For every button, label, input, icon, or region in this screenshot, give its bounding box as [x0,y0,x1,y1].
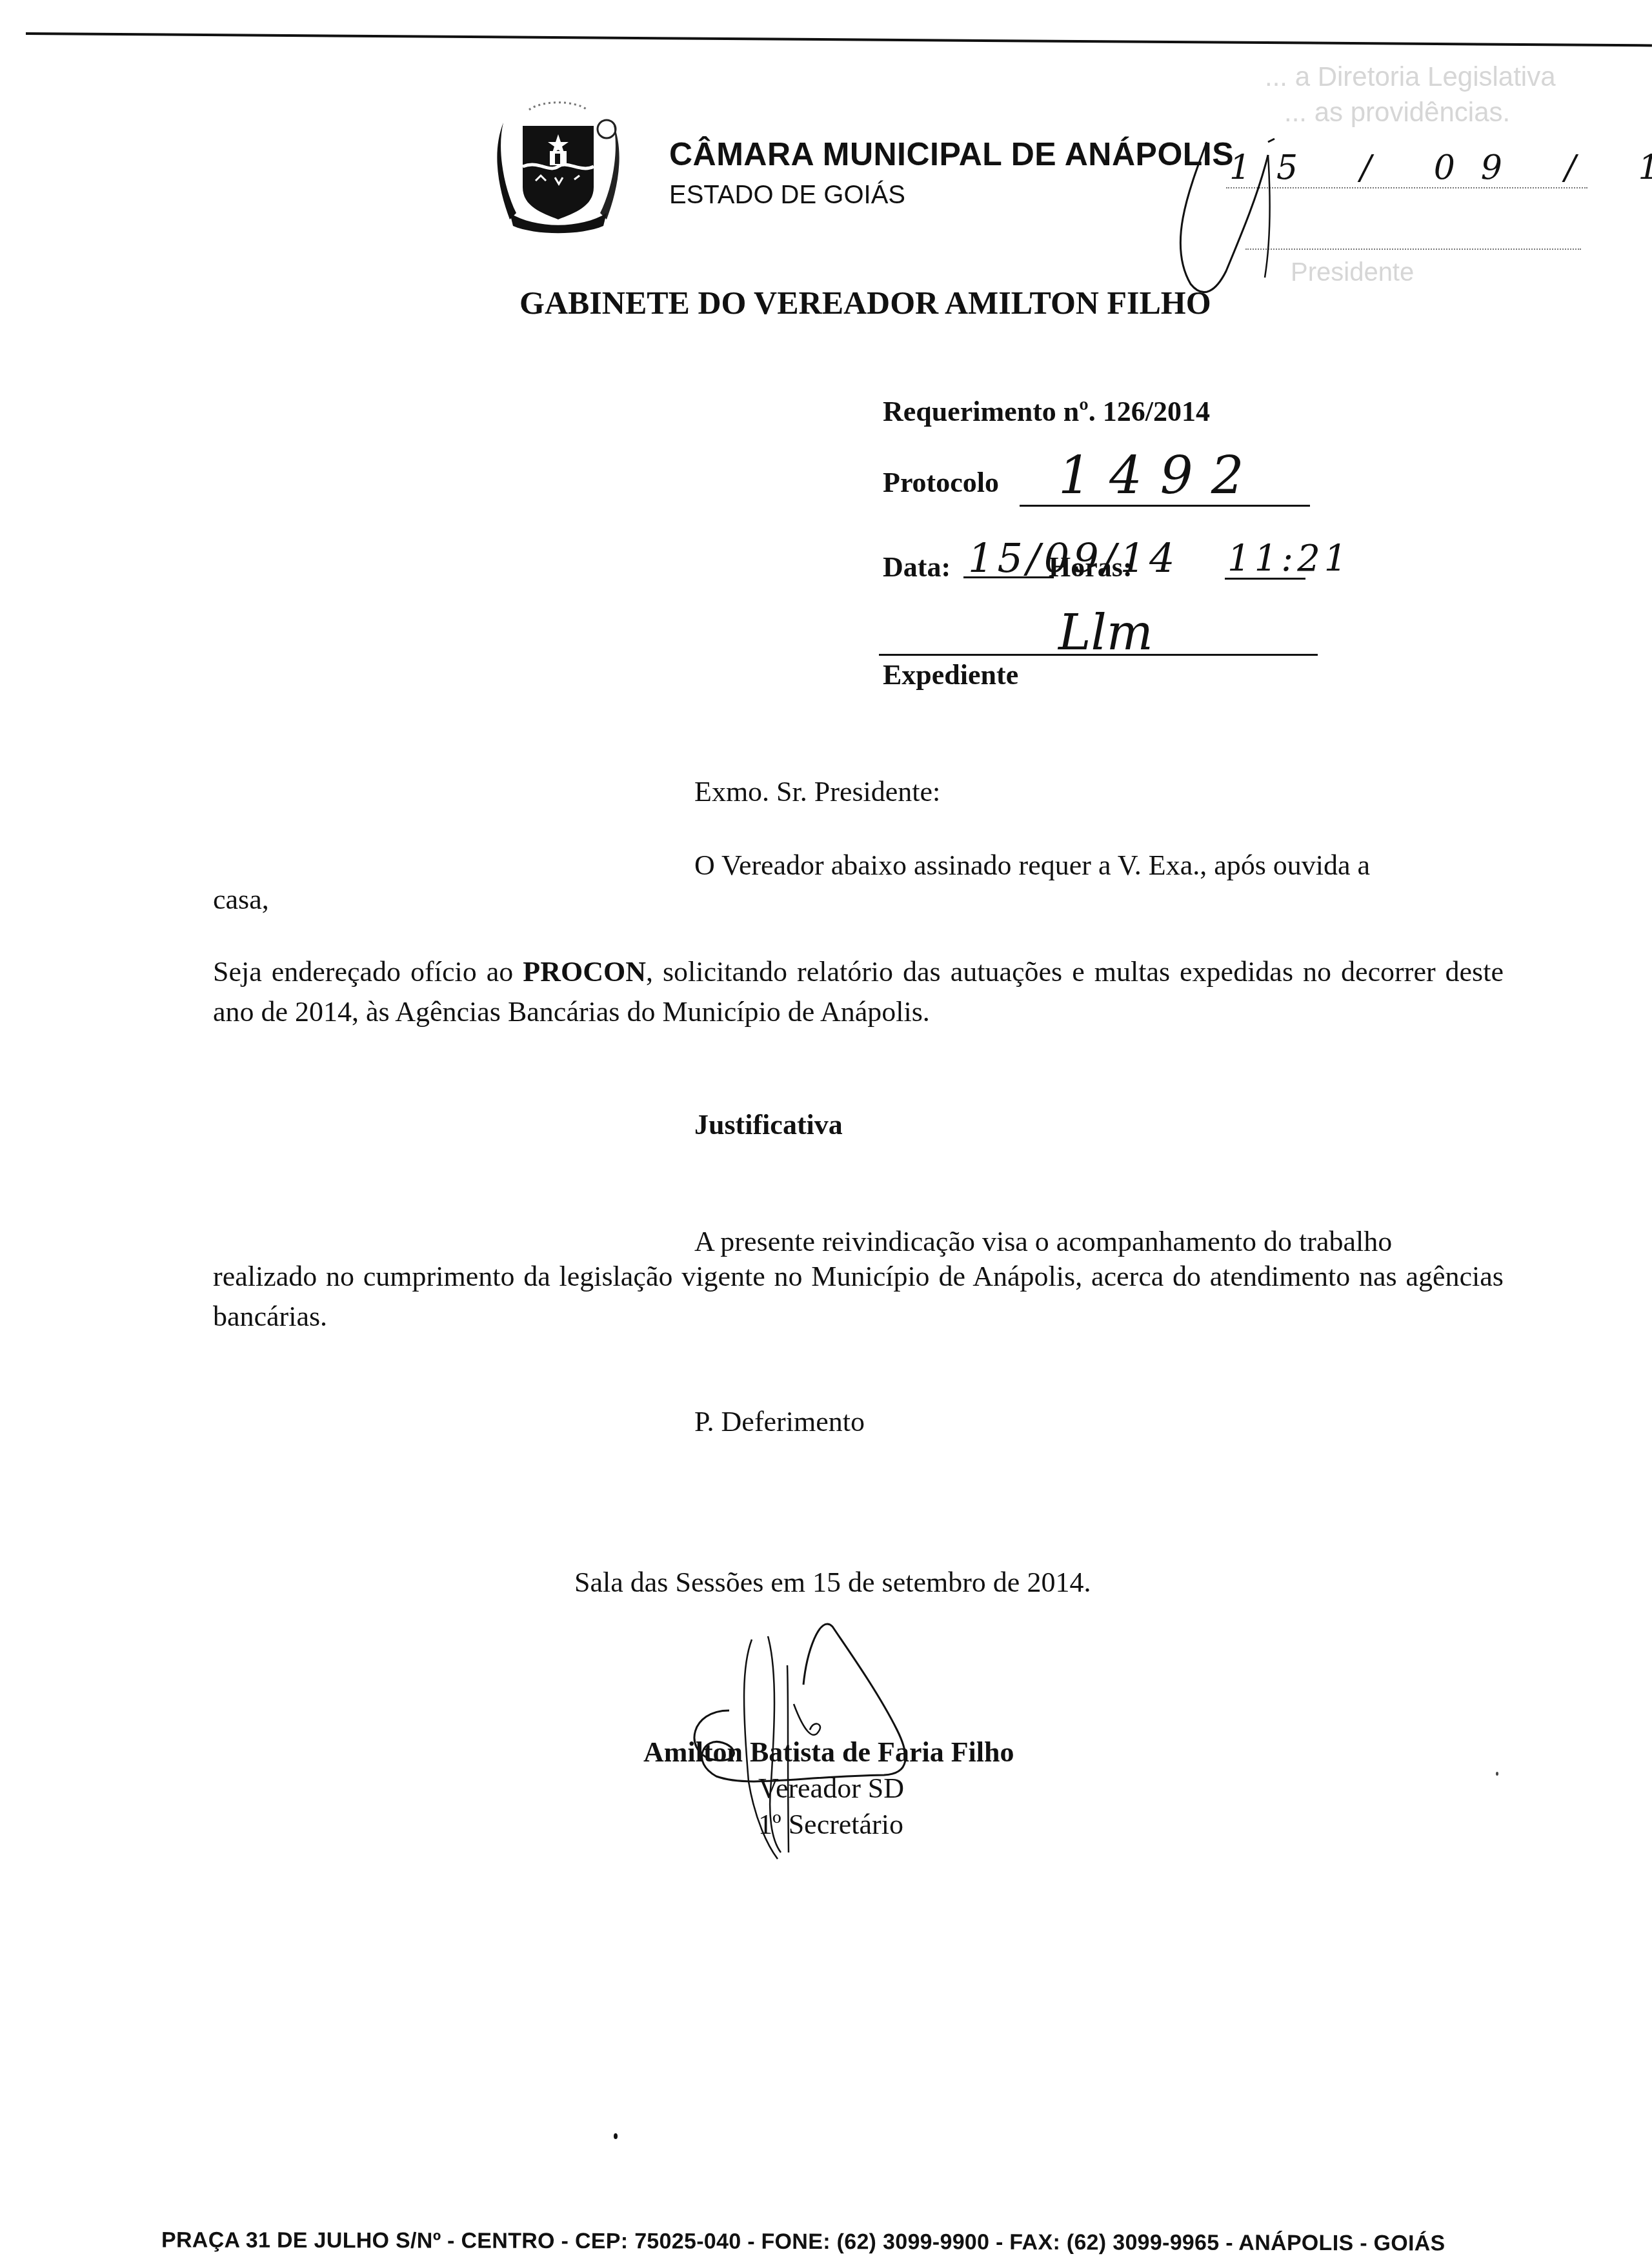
requerimento-number: Requerimento nº. 126/2014 [883,395,1210,428]
expediente-handwritten-initials: Llm [1058,604,1153,661]
stamp-dotted-line [1245,249,1581,250]
salutation: Exmo. Sr. Presidente: [694,772,940,812]
request-prefix: Seja endereçado ofício ao [213,956,523,988]
justification-first-line: A presente reivindicação visa o acompanh… [694,1222,1392,1262]
expediente-label: Expediente [883,658,1018,691]
stamp-handwritten-date: 15 / 09 / 14 [1229,148,1652,187]
scan-speck [614,2133,618,2139]
stamp-faded-line-1: ... a Diretoria Legislativa [1265,61,1556,92]
coat-of-arms-icon [490,97,626,239]
stamp-dotted-line [1226,187,1587,188]
justification-paragraph: realizado no cumprimento da legislação v… [213,1257,1504,1337]
stamp-president-label: Presidente [1291,258,1414,287]
signatory-role: Vereador SD [758,1772,904,1805]
signatory-name: Amilton Batista de Faria Filho [643,1736,1014,1769]
justification-heading: Justificativa [694,1105,843,1145]
request-entity: PROCON [523,956,646,988]
horas-label: Horas: [1049,551,1133,584]
top-border-line [26,32,1652,46]
request-paragraph: Seja endereçado ofício ao PROCON, solici… [213,952,1504,1032]
protocolo-label: Protocolo [883,466,999,499]
state-subtitle: ESTADO DE GOIÁS [669,181,905,210]
data-label: Data: [883,551,951,584]
scan-speck [1496,1772,1498,1776]
horas-handwritten-value: 11:21 [1227,538,1351,580]
office-heading: GABINETE DO VEREADOR AMILTON FILHO [519,284,1211,321]
intro-line: O Vereador abaixo assinado requer a V. E… [694,846,1370,886]
protocolo-handwritten-value: 1492 [1058,445,1262,505]
institution-title: CÂMARA MUNICIPAL DE ANÁPOLIS [669,136,1234,173]
closing-text: P. Deferimento [694,1402,865,1442]
footer-address: PRAÇA 31 DE JULHO S/Nº - CENTRO - CEP: 7… [161,2227,1445,2256]
stamp-faded-line-2: ... as providências. [1284,97,1510,128]
intro-continuation: casa, [213,880,269,920]
signatory-position: 1º Secretário [758,1808,903,1841]
